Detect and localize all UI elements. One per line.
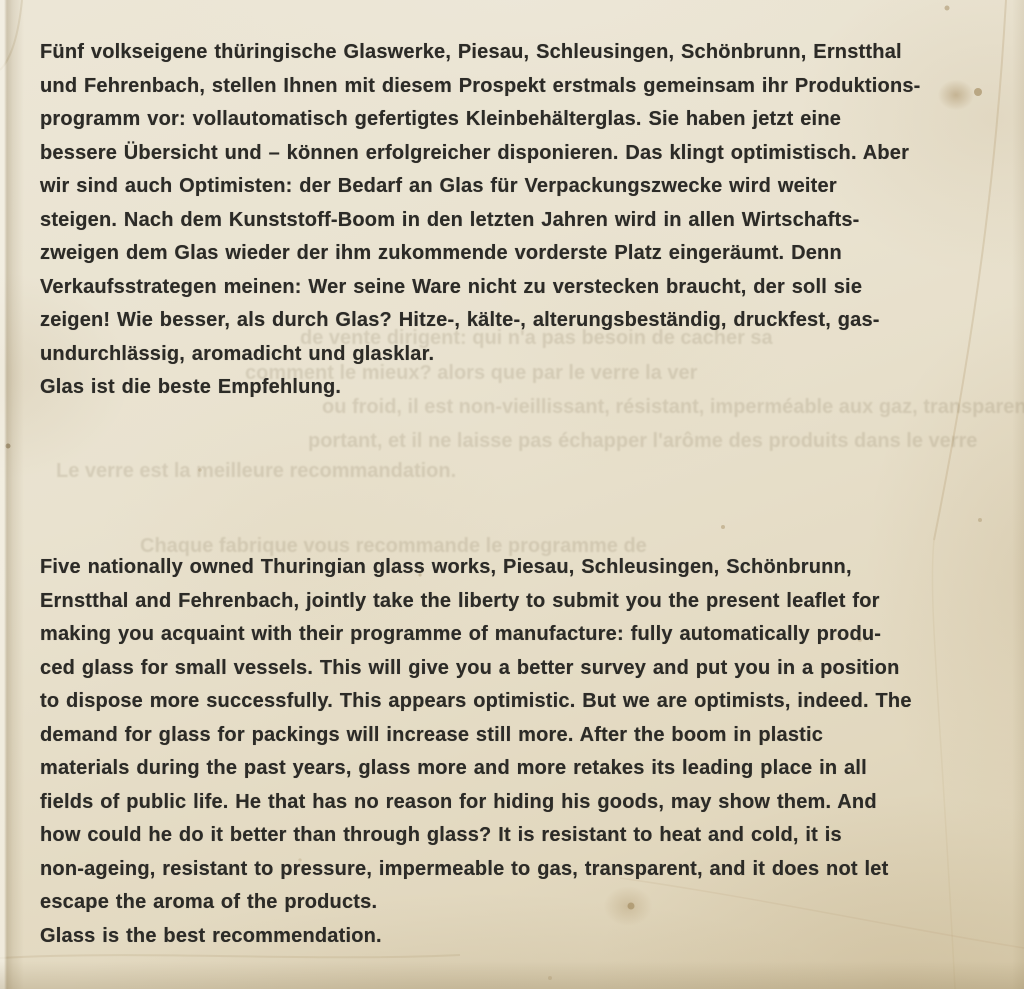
text-line: making you acquaint with their programme… [40,618,912,652]
ghost-line: portant, et il ne laisse pas échapper l'… [308,430,977,453]
text-line: how could he do it better than through g… [40,819,912,853]
text-line: wir sind auch Optimisten: der Bedarf an … [40,170,921,204]
text-line: und Fehrenbach, stellen Ihnen mit diesem… [40,70,921,104]
page-bottom-edge-shadow [0,961,1024,989]
text-line: undurchlässig, aromadicht und glasklar. [40,338,921,372]
text-line: escape the aroma of the products. [40,886,912,920]
text-line: bessere Übersicht und – können erfolgrei… [40,137,921,171]
text-line: steigen. Nach dem Kunststoff-Boom in den… [40,204,921,238]
text-line: programm vor: vollautomatisch gefertigte… [40,103,921,137]
page-left-edge-shadow [0,0,24,989]
text-line: Ernstthal and Fehrenbach, jointly take t… [40,585,912,619]
page-right-edge-shadow [1012,0,1024,989]
text-line: demand for glass for packings will incre… [40,719,912,753]
text-line: fields of public life. He that has no re… [40,786,912,820]
text-line: zweigen dem Glas wieder der ihm zukommen… [40,237,921,271]
german-paragraph: Fünf volkseigene thüringische Glaswerke,… [40,36,921,405]
text-line: ced glass for small vessels. This will g… [40,652,912,686]
scanned-page: de vente dirigent: qui n'a pas besoin de… [0,0,1024,989]
english-paragraph: Five nationally owned Thuringian glass w… [40,551,912,953]
ghost-line: Le verre est la meilleure recommandation… [56,460,456,483]
text-line: Verkaufsstrategen meinen: Wer seine Ware… [40,271,921,305]
text-line: zeigen! Wie besser, als durch Glas? Hitz… [40,304,921,338]
text-line: Five nationally owned Thuringian glass w… [40,551,912,585]
text-line: non-ageing, resistant to pressure, imper… [40,853,912,887]
text-line: materials during the past years, glass m… [40,752,912,786]
text-line: Glass is the best recommendation. [40,920,912,954]
text-line: to dispose more successfully. This appea… [40,685,912,719]
text-line: Fünf volkseigene thüringische Glaswerke,… [40,36,921,70]
text-line: Glas ist die beste Empfehlung. [40,371,921,405]
